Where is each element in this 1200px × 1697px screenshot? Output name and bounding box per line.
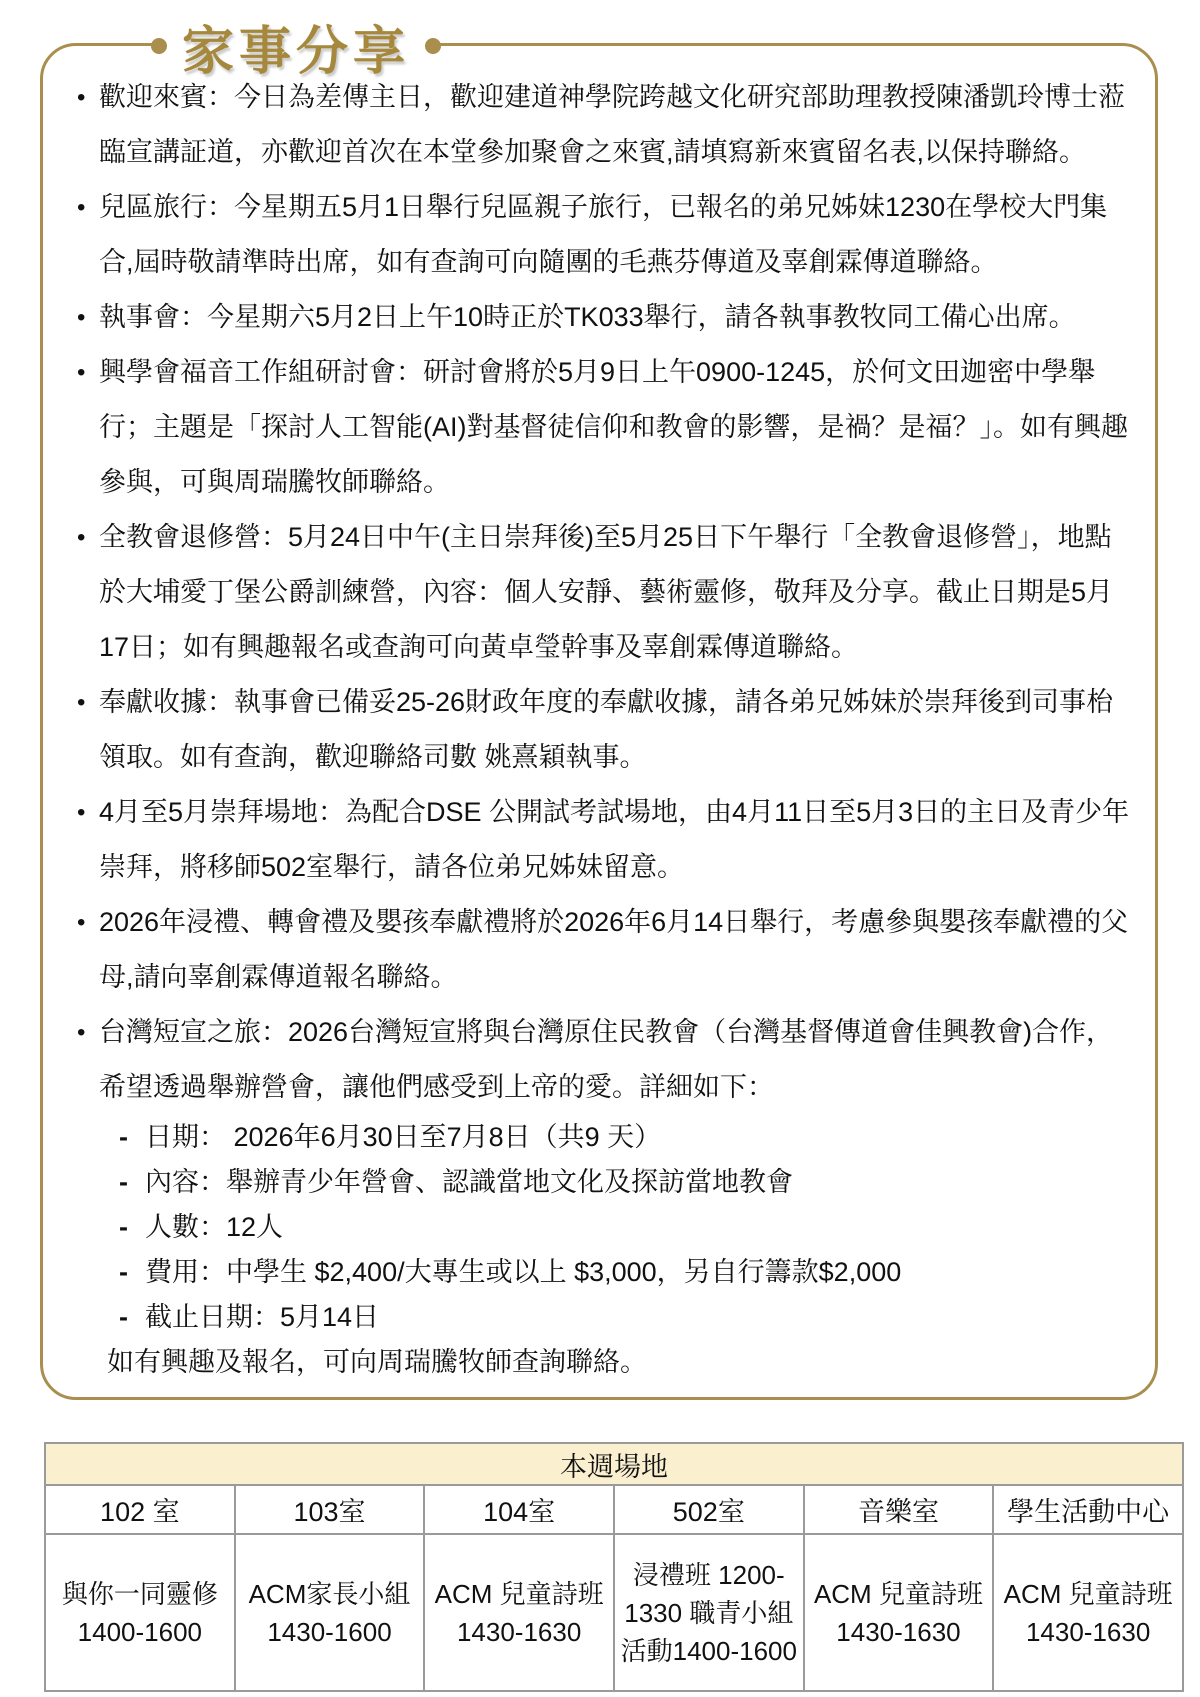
announcement-item: 執事會：今星期六5月2日上午10時正於TK033舉行，請各執事教牧同工備心出席。 xyxy=(73,290,1131,345)
church-bulletin-page: { "page": { "title": "家事分享" }, "announce… xyxy=(0,0,1200,1697)
title-dot-left-icon xyxy=(151,38,167,54)
announcement-item: 兒區旅行：今星期五5月1日舉行兒區親子旅行，已報名的弟兄姊妹1230在學校大門集… xyxy=(73,180,1131,290)
announcement-footer: 如有興趣及報名，可向周瑞騰牧師查詢聯絡。 xyxy=(107,1340,1131,1385)
venue-cell: ACM 兒童詩班 1430-1630 xyxy=(993,1534,1183,1691)
title-dot-right-icon xyxy=(425,38,441,54)
announcement-text: 奉獻收據：執事會已備妥25-26財政年度的奉獻收據，請各弟兄姊妹於崇拜後到司事枱… xyxy=(99,687,1113,772)
venue-cell: ACM 兒童詩班 1430-1630 xyxy=(424,1534,614,1691)
announcement-sub-item: 截止日期：5月14日 xyxy=(117,1295,1131,1340)
announcement-text: 台灣短宣之旅：2026台灣短宣將與台灣原住民教會（台灣基督傳道會佳興教會)合作，… xyxy=(99,1017,1113,1102)
announcement-item: 2026年浸禮、轉會禮及嬰孩奉獻禮將於2026年6月14日舉行，考慮參與嬰孩奉獻… xyxy=(73,895,1131,1005)
venue-cell: 浸禮班 1200-1330 職青小組活動1400-1600 xyxy=(614,1534,804,1691)
announcement-sub-item: 日期： 2026年6月30日至7月8日（共9 天） xyxy=(117,1115,1131,1160)
venue-table-title-row: 本週場地 xyxy=(45,1443,1183,1485)
venue-table-header-row: 102 室103室104室502室音樂室學生活動中心 xyxy=(45,1485,1183,1534)
venue-column-header: 502室 xyxy=(614,1485,804,1534)
venue-column-header: 學生活動中心 xyxy=(993,1485,1183,1534)
venue-cell: ACM家長小組 1430-1600 xyxy=(235,1534,425,1691)
venue-table-title: 本週場地 xyxy=(45,1443,1183,1485)
announcement-text: 興學會福音工作組研討會：研討會將於5月9日上午0900-1245，於何文田迦密中… xyxy=(99,357,1128,497)
announcement-sub-item: 內容：舉辦青少年營會、認識當地文化及探訪當地教會 xyxy=(117,1160,1131,1205)
announcement-list: 歡迎來賓：今日為差傳主日，歡迎建道神學院跨越文化研究部助理教授陳潘凱玲博士蒞臨宣… xyxy=(73,70,1131,1385)
announcement-text: 執事會：今星期六5月2日上午10時正於TK033舉行，請各執事教牧同工備心出席。 xyxy=(99,302,1076,332)
venue-column-header: 103室 xyxy=(235,1485,425,1534)
announcement-sub-list: 日期： 2026年6月30日至7月8日（共9 天）內容：舉辦青少年營會、認識當地… xyxy=(117,1115,1131,1340)
venue-table-body: 本週場地102 室103室104室502室音樂室學生活動中心與你一同靈修 140… xyxy=(45,1443,1183,1691)
announcement-text: 歡迎來賓：今日為差傳主日，歡迎建道神學院跨越文化研究部助理教授陳潘凱玲博士蒞臨宣… xyxy=(99,82,1125,167)
announcement-item: 全教會退修營：5月24日中午(主日崇拜後)至5月25日下午舉行「全教會退修營」，… xyxy=(73,510,1131,675)
announcement-item: 奉獻收據：執事會已備妥25-26財政年度的奉獻收據，請各弟兄姊妹於崇拜後到司事枱… xyxy=(73,675,1131,785)
announcement-item: 歡迎來賓：今日為差傳主日，歡迎建道神學院跨越文化研究部助理教授陳潘凱玲博士蒞臨宣… xyxy=(73,70,1131,180)
venue-cell: ACM 兒童詩班 1430-1630 xyxy=(804,1534,994,1691)
venue-table-row: 與你一同靈修 1400-1600ACM家長小組 1430-1600ACM 兒童詩… xyxy=(45,1534,1183,1691)
announcement-item: 興學會福音工作組研討會：研討會將於5月9日上午0900-1245，於何文田迦密中… xyxy=(73,345,1131,510)
venue-cell: 與你一同靈修 1400-1600 xyxy=(45,1534,235,1691)
announcement-item: 台灣短宣之旅：2026台灣短宣將與台灣原住民教會（台灣基督傳道會佳興教會)合作，… xyxy=(73,1005,1131,1385)
announcement-sub-item: 人數：12人 xyxy=(117,1205,1131,1250)
announcement-sub-item: 費用：中學生 $2,400/大專生或以上 $3,000，另自行籌款$2,000 xyxy=(117,1250,1131,1295)
venue-table: 本週場地102 室103室104室502室音樂室學生活動中心與你一同靈修 140… xyxy=(44,1442,1184,1692)
announcement-text: 全教會退修營：5月24日中午(主日崇拜後)至5月25日下午舉行「全教會退修營」，… xyxy=(99,522,1113,662)
venue-column-header: 102 室 xyxy=(45,1485,235,1534)
venue-column-header: 104室 xyxy=(424,1485,614,1534)
announcement-text: 兒區旅行：今星期五5月1日舉行兒區親子旅行，已報名的弟兄姊妹1230在學校大門集… xyxy=(99,192,1107,277)
venue-column-header: 音樂室 xyxy=(804,1485,994,1534)
announcements-box: 家事分享 歡迎來賓：今日為差傳主日，歡迎建道神學院跨越文化研究部助理教授陳潘凱玲… xyxy=(40,43,1158,1400)
announcement-item: 4月至5月崇拜場地：為配合DSE 公開試考試場地，由4月11日至5月3日的主日及… xyxy=(73,785,1131,895)
announcement-text: 4月至5月崇拜場地：為配合DSE 公開試考試場地，由4月11日至5月3日的主日及… xyxy=(99,797,1129,882)
announcement-text: 2026年浸禮、轉會禮及嬰孩奉獻禮將於2026年6月14日舉行，考慮參與嬰孩奉獻… xyxy=(99,907,1128,992)
